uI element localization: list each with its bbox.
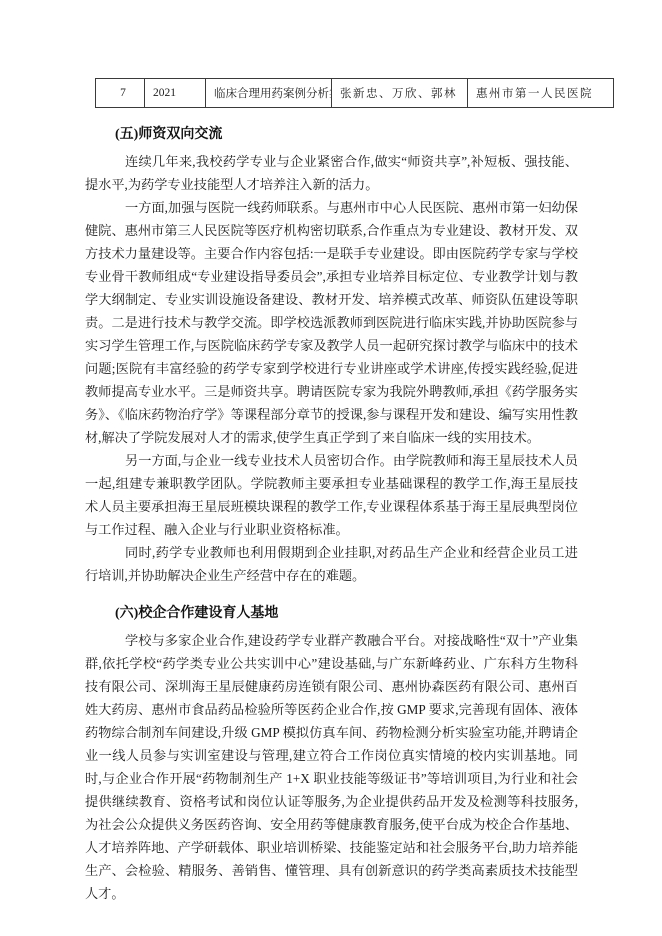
table-row: 7 2021 临床合理用药案例分析集 张新忠、万欣、郭林 惠州市第一人民医院 xyxy=(96,79,614,108)
section-heading-5: (五)师资双向交流 xyxy=(85,123,578,146)
paragraph: 连续几年来,我校药学专业与企业紧密合作,做实“师资共享”,补短板、强技能、提水平… xyxy=(85,150,578,196)
table-cell-index: 7 xyxy=(96,79,145,108)
document-page: 7 2021 临床合理用药案例分析集 张新忠、万欣、郭林 惠州市第一人民医院 (… xyxy=(0,0,662,936)
document-content: 7 2021 临床合理用药案例分析集 张新忠、万欣、郭林 惠州市第一人民医院 (… xyxy=(0,0,662,905)
publications-table: 7 2021 临床合理用药案例分析集 张新忠、万欣、郭林 惠州市第一人民医院 xyxy=(95,78,614,108)
table-cell-authors: 张新忠、万欣、郭林 xyxy=(332,79,468,108)
table-cell-year: 2021 xyxy=(145,79,206,108)
paragraph: 另一方面,与企业一线专业技术人员密切合作。由学院教师和海王星辰技术人员一起,组建… xyxy=(85,449,578,541)
section-school-enterprise-base: (六)校企合作建设育人基地 学校与多家企业合作,建设药学专业群产教融合平台。对接… xyxy=(85,602,578,905)
paragraph: 同时,药学专业教师也利用假期到企业挂职,对药品生产企业和经营企业员工进行培训,并… xyxy=(85,541,578,587)
table-cell-title: 临床合理用药案例分析集 xyxy=(206,79,332,108)
paragraph: 一方面,加强与医院一线药师联系。与惠州市中心人民医院、惠州市第一妇幼保健院、惠州… xyxy=(85,196,578,449)
section-teacher-exchange: (五)师资双向交流 连续几年来,我校药学专业与企业紧密合作,做实“师资共享”,补… xyxy=(85,123,578,587)
section-heading-6: (六)校企合作建设育人基地 xyxy=(85,602,578,625)
paragraph: 学校与多家企业合作,建设药学专业群产教融合平台。对接战略性“双十”产业集群,依托… xyxy=(85,629,578,905)
table-cell-organization: 惠州市第一人民医院 xyxy=(468,79,614,108)
